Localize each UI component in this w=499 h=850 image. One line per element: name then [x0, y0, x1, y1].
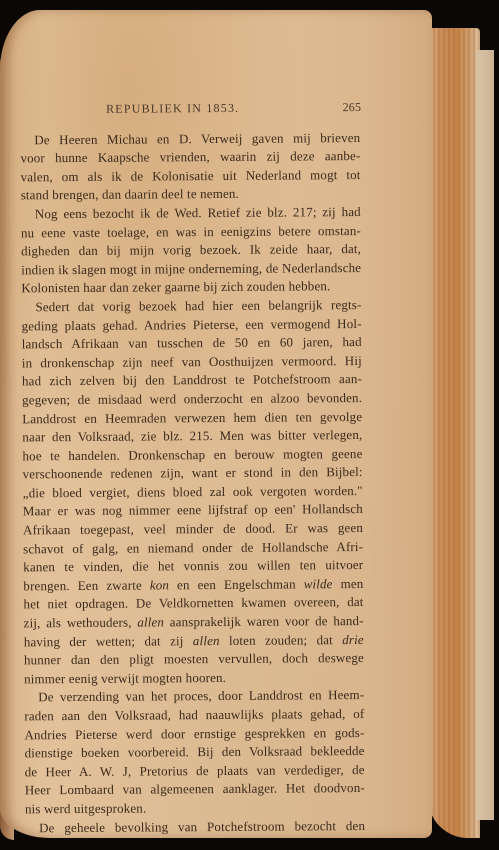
italic-word: drie [342, 632, 364, 647]
text-line: Afrikaan toegepast, veel minder de dood.… [23, 519, 363, 540]
text-line: indien ik slagen mogt in mijne ondernemi… [21, 259, 361, 280]
text-line: dienstige boeken voorbereid. Bij den Vol… [25, 742, 365, 763]
text-line: Heer Lombaard van algemeenen aanklager. … [25, 779, 365, 800]
text-line: De Heeren Michau en D. Verweij gaven mij… [20, 129, 360, 150]
text-line: in dronkenschap zijn neef van Oosthuijze… [22, 352, 362, 373]
text-line: having der wetten; dat zij allen loten z… [24, 631, 364, 652]
text-line: hunner dan den pligt moesten vervullen, … [24, 649, 364, 670]
text-line: de Heer A. W. J, Pretorius de plaats van… [25, 761, 365, 782]
text-line: raden aan den Volksraad, had naauwlijks … [24, 705, 364, 726]
text-line: geding plaats gehad. Andries Pieterse, e… [22, 315, 362, 336]
text-line: nis werd uitgesproken. [25, 798, 365, 819]
italic-word: allen [193, 633, 220, 648]
italic-word: wilde [304, 576, 333, 591]
book-fore-edge [428, 28, 480, 838]
text-line: Nog eens bezocht ik de Wed. Retief zie b… [21, 203, 361, 224]
text-fragment: brengen. Een zwarte [23, 577, 150, 593]
italic-word: kon [150, 577, 169, 592]
page-text: REPUBLIEK IN 1853. 265 De Heeren Michau … [20, 98, 365, 838]
text-line: brengen. Een zwarte kon en een Engelschm… [23, 575, 363, 596]
text-line: valen, om als ik de Kolonisatie uit Nede… [20, 166, 360, 187]
text-fragment: having der wetten; dat zij [24, 633, 193, 649]
text-line: nu eene vaste toelage, en was in eenigzi… [21, 222, 361, 243]
text-line: digheden dan bij mijn vorig bezoek. Ik z… [21, 240, 361, 261]
text-line: Landdrost en Heemraden verwezen hem dien… [22, 407, 362, 428]
text-line: had zich zelven bij den Landdrost te Pot… [22, 370, 362, 391]
text-line: naar den Volksraad, zie blz. 215. Men wa… [22, 426, 362, 447]
text-line: verschoonende redenen zijn, want er ston… [23, 463, 363, 484]
text-line: zij, als wethouders, allen aansprakelijk… [24, 612, 364, 633]
page-number: 265 [343, 98, 362, 117]
text-line: De verzending van het proces, door Landd… [24, 686, 364, 707]
text-line: stand brengen, dan daarin deel te nemen. [21, 184, 361, 205]
text-line: De geheele bevolking van Potchefstroom b… [25, 817, 365, 838]
text-fragment: loten zouden; dat [220, 632, 343, 648]
running-head: REPUBLIEK IN 1853. 265 [106, 98, 361, 118]
text-line: gegeven; de misdaad werd onderzocht en a… [22, 389, 362, 410]
text-line: nimmer eenig verwijt mogten hooren. [24, 668, 364, 689]
text-line: het niet opdragen. De Veldkornetten kwam… [23, 593, 363, 614]
running-head-title: REPUBLIEK IN 1853. [106, 99, 239, 119]
text-line: landsch Afrikaan van tusschen de 50 en 6… [22, 333, 362, 354]
text-fragment: zij, als wethouders, [24, 615, 138, 631]
book-cover-edge [476, 50, 494, 820]
text-line: Sedert dat vorig bezoek had hier een bel… [21, 296, 361, 317]
italic-word: allen [137, 614, 164, 629]
text-line: schavot of galg, en niemand onder de Hol… [23, 538, 363, 559]
text-line: kanen te vinden, die het vonnis zou will… [23, 556, 363, 577]
text-line: Andries Pieterse werd door ernstige gesp… [24, 724, 364, 745]
text-line: Kolonisten haar dan zeker gaarne bij zic… [21, 277, 361, 298]
text-line: Maar er was nog nimmer eene lijfstraf op… [23, 500, 363, 521]
book-page: REPUBLIEK IN 1853. 265 De Heeren Michau … [0, 10, 432, 838]
text-line: „die bloed vergiet, diens bloed zal ook … [23, 482, 363, 503]
text-line: hoe te handelen. Dronkenschap en berouw … [22, 445, 362, 466]
text-fragment: aansprakelijk waren voor de hand- [164, 613, 364, 629]
text-fragment: en een Engelschman [169, 576, 304, 592]
text-lines: De Heeren Michau en D. Verweij gaven mij… [20, 129, 365, 838]
text-fragment: men [333, 576, 364, 591]
text-line: voor hunne Kaapsche vrienden, waarin zij… [20, 147, 360, 168]
